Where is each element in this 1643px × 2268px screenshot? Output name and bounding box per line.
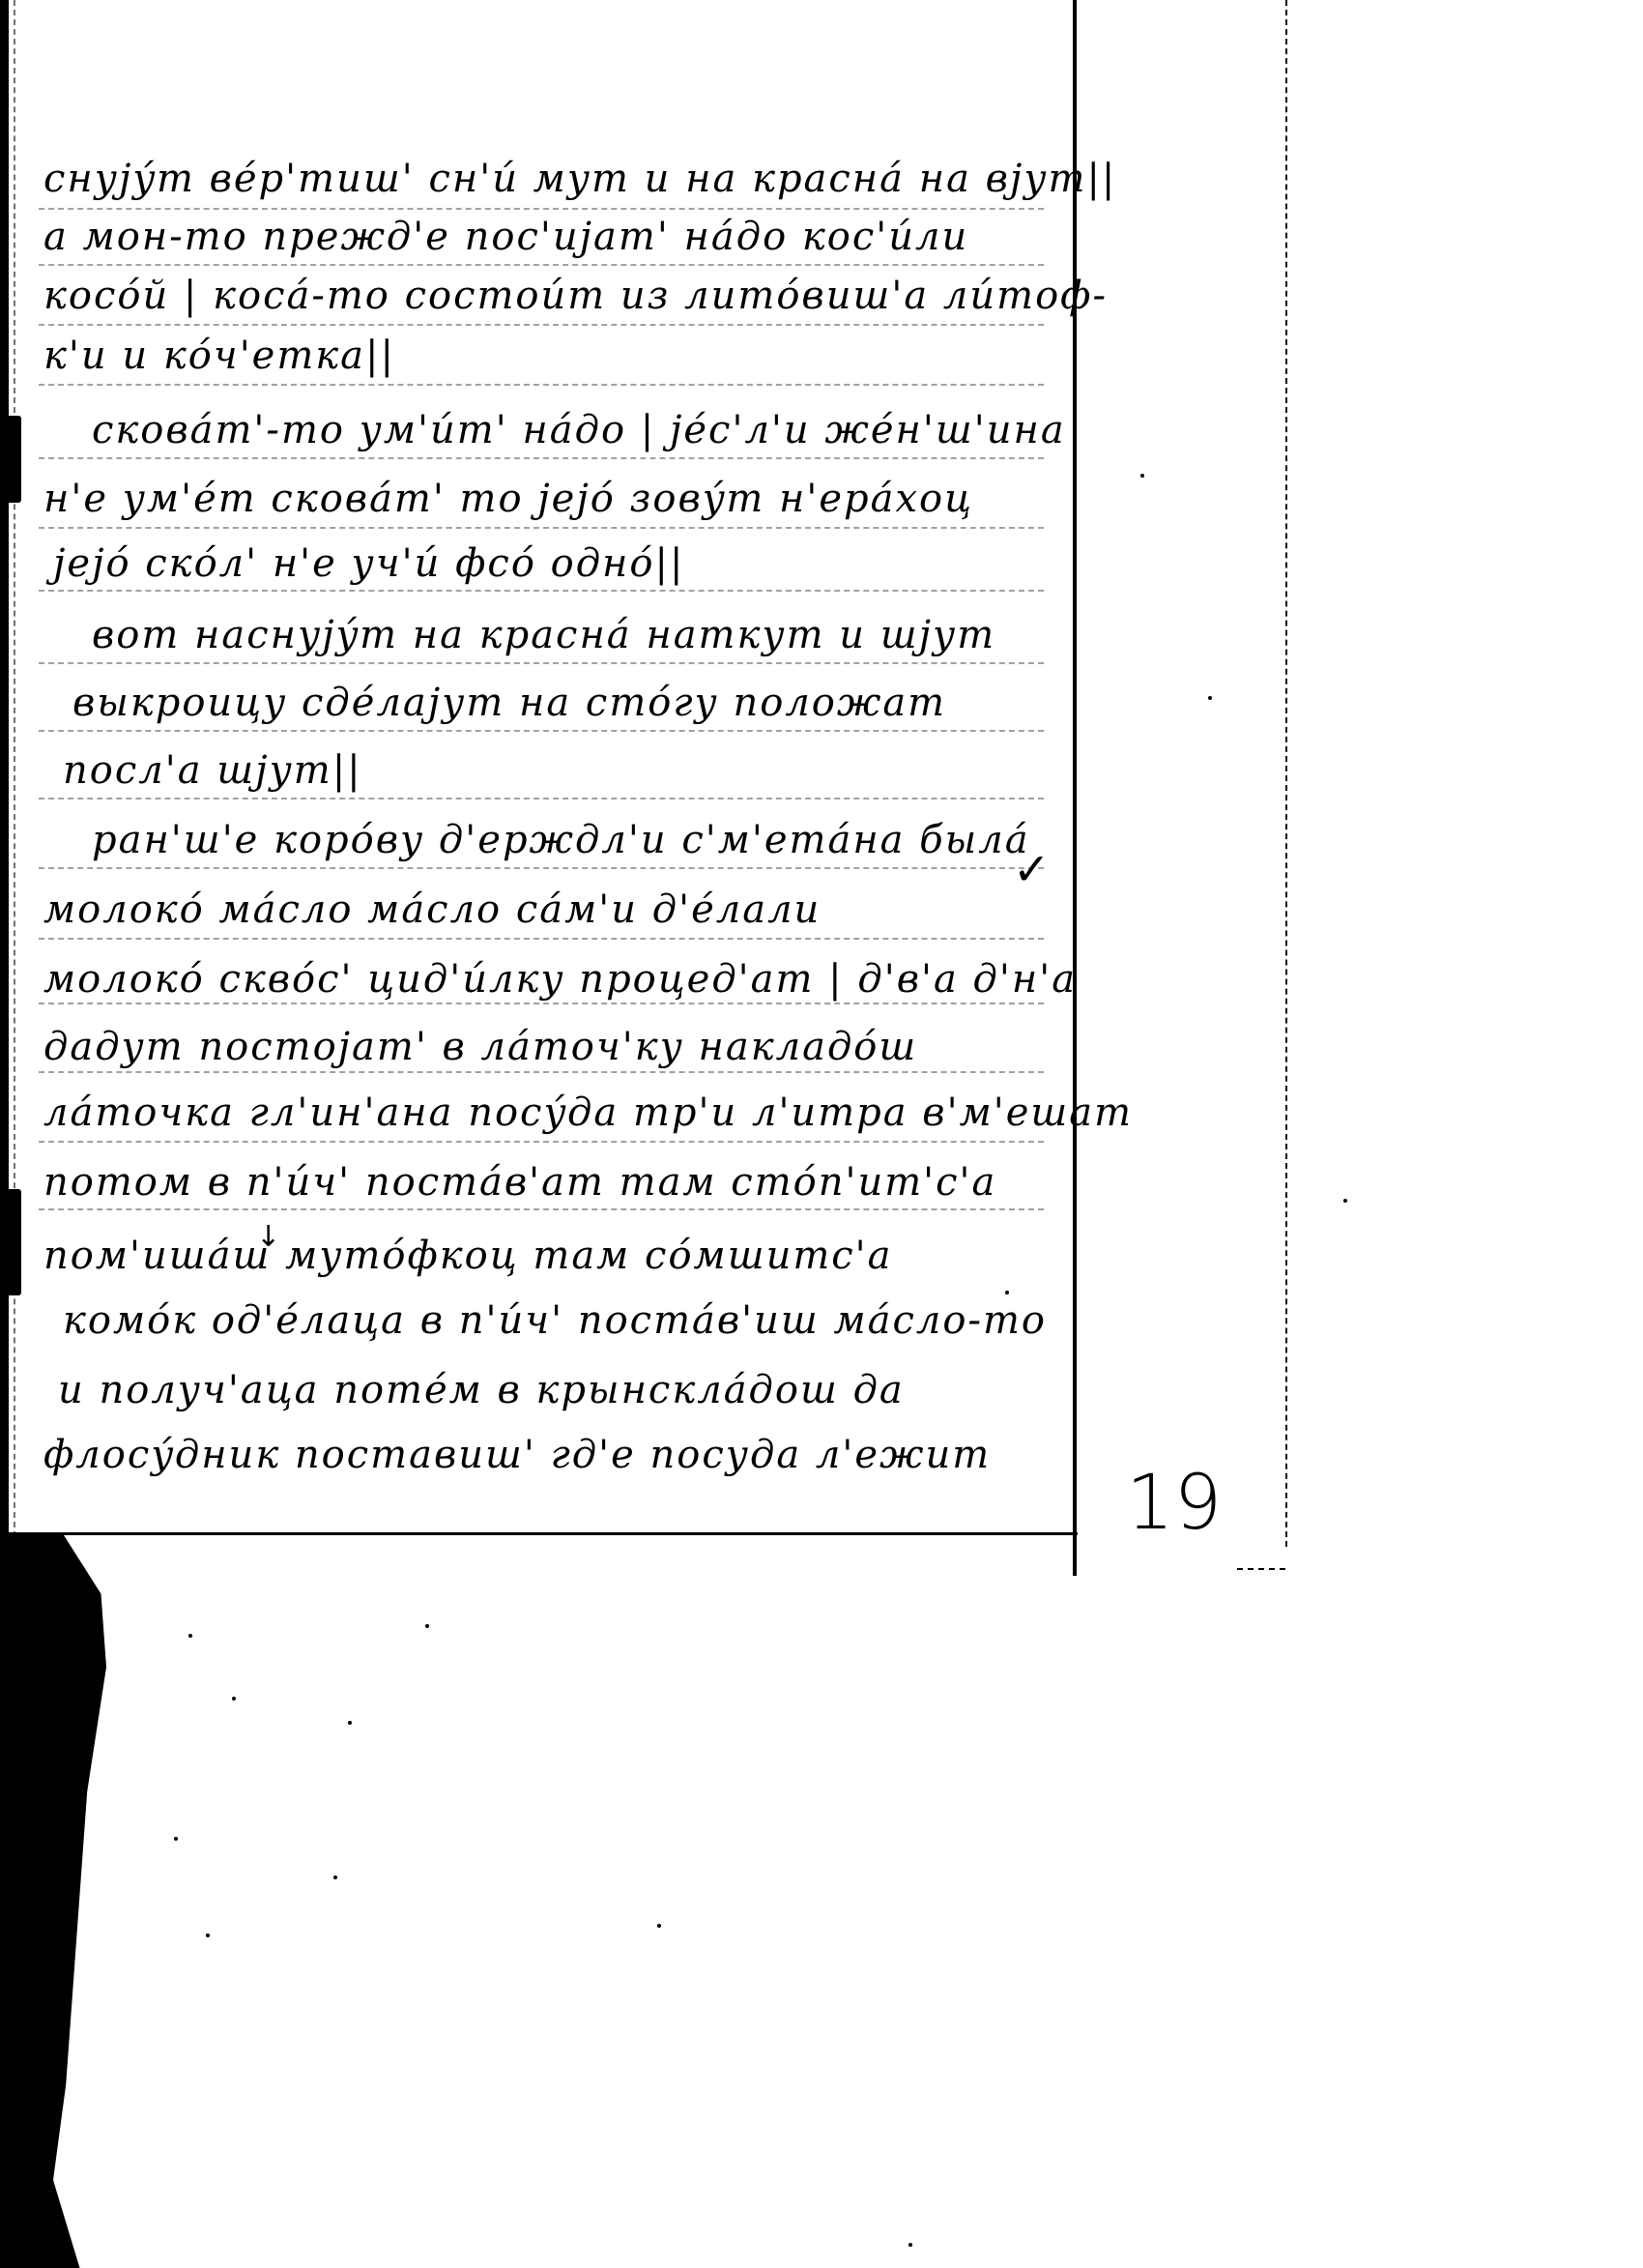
- handwritten-line: потом в п'úч' постáв'ат там стóп'ит'с'а: [43, 1160, 996, 1205]
- binding-edge: [0, 0, 9, 1537]
- handwritten-line: флосýдник поставиш' гд'е посуда л'ежит: [43, 1433, 991, 1477]
- outer-page-edge: [1285, 0, 1287, 1547]
- handwritten-line: ран'ш'е корóву д'ерждл'и с'м'етáна былá: [92, 818, 1030, 862]
- scanned-page: снујýт вéр'тиш' сн'ú мут и на краснá на …: [0, 0, 1643, 2268]
- scan-speck: [657, 1924, 661, 1928]
- ruled-line: [39, 1003, 1044, 1004]
- right-margin-line: [1073, 0, 1077, 1576]
- handwritten-line: молокó мáсло мáсло сáм'и д'éлали: [43, 887, 821, 932]
- handwritten-line: лáточка гл'ин'ана посýда тр'u л'итра в'м…: [43, 1090, 1133, 1135]
- handwritten-line: н'е ум'éт сковáт' то jejó зовýт н'ерáхоц: [43, 477, 973, 521]
- ruled-line: [39, 798, 1044, 800]
- binding-dashed-edge: [14, 0, 15, 1537]
- scan-speck: [206, 1934, 210, 1937]
- scan-speck: [333, 1875, 337, 1879]
- ruled-line: [39, 527, 1044, 529]
- handwritten-line: посл'а шјут||: [63, 748, 362, 793]
- scan-speck: [1140, 474, 1144, 478]
- handwritten-line: к'и и кóч'етка||: [43, 334, 395, 378]
- handwritten-line: jejó скóл' н'е уч'ú фсó однó||: [53, 541, 684, 586]
- scan-speck: [425, 1624, 429, 1628]
- handwritten-line: дадут постојат' в лáточ'ку накладóш: [43, 1025, 917, 1069]
- binder-clip-mark: [0, 1189, 21, 1295]
- ruled-line: [39, 1141, 1044, 1143]
- handwritten-line: комóк од'éлаца в п'úч' постáв'иш мáсло-т…: [63, 1298, 1047, 1343]
- scan-speck: [188, 1634, 192, 1638]
- checkmark-icon: ✓: [1013, 843, 1051, 895]
- ruled-line: [39, 324, 1044, 326]
- handwritten-line: а мон-то прежд'е пос'иjат' нáдо кос'úли: [43, 215, 968, 259]
- handwritten-line: сковáт'-то ум'úт' нáдо | jéс'л'и жéн'ш'и…: [92, 408, 1066, 452]
- scan-speck: [1208, 696, 1212, 700]
- ruled-line: [39, 662, 1044, 664]
- scan-speck: [348, 1721, 352, 1725]
- ruled-line: [39, 1208, 1044, 1210]
- scan-shadow: [0, 1535, 106, 2268]
- page-bottom-edge-right: [1237, 1568, 1285, 1570]
- handwritten-line: снујýт вéр'тиш' сн'ú мут и на краснá на …: [43, 157, 1116, 201]
- scan-speck: [1343, 1199, 1347, 1203]
- ruled-line: [39, 590, 1044, 592]
- scan-speck: [232, 1697, 236, 1701]
- ruled-line: [39, 730, 1044, 732]
- handwritten-line: выкроицу сдéлајут на стóгу положат: [72, 681, 946, 725]
- handwritten-line: вот наснујýт на краснá наткут и шјут: [92, 613, 995, 657]
- page-bottom-edge: [0, 1532, 1078, 1535]
- scan-speck: [908, 2243, 912, 2247]
- ruled-line: [39, 867, 1044, 869]
- handwritten-line: молокó сквóс' цид'úлку процед'ат | д'в'а…: [43, 957, 1077, 1002]
- handwritten-line: и получ'аца потéм в крынсклáдош да: [58, 1368, 905, 1412]
- ruled-line: [39, 384, 1044, 386]
- insertion-arrow-icon: ↓: [256, 1220, 280, 1254]
- ruled-line: [39, 1071, 1044, 1073]
- ruled-line: [39, 938, 1044, 940]
- ruled-line: [39, 264, 1044, 266]
- binder-clip-mark: [0, 416, 21, 503]
- handwritten-line: косóй | косá-то состоúт из лuтóвиш'а лúт…: [43, 274, 1108, 318]
- ruled-line: [39, 457, 1044, 459]
- scan-speck: [174, 1837, 178, 1841]
- handwritten-line: пом'ишáш мутóфкоц там сóмшитс'а: [43, 1234, 893, 1278]
- scan-speck: [1005, 1291, 1009, 1294]
- ruled-line: [39, 208, 1044, 210]
- page-number: 19: [1126, 1460, 1222, 1547]
